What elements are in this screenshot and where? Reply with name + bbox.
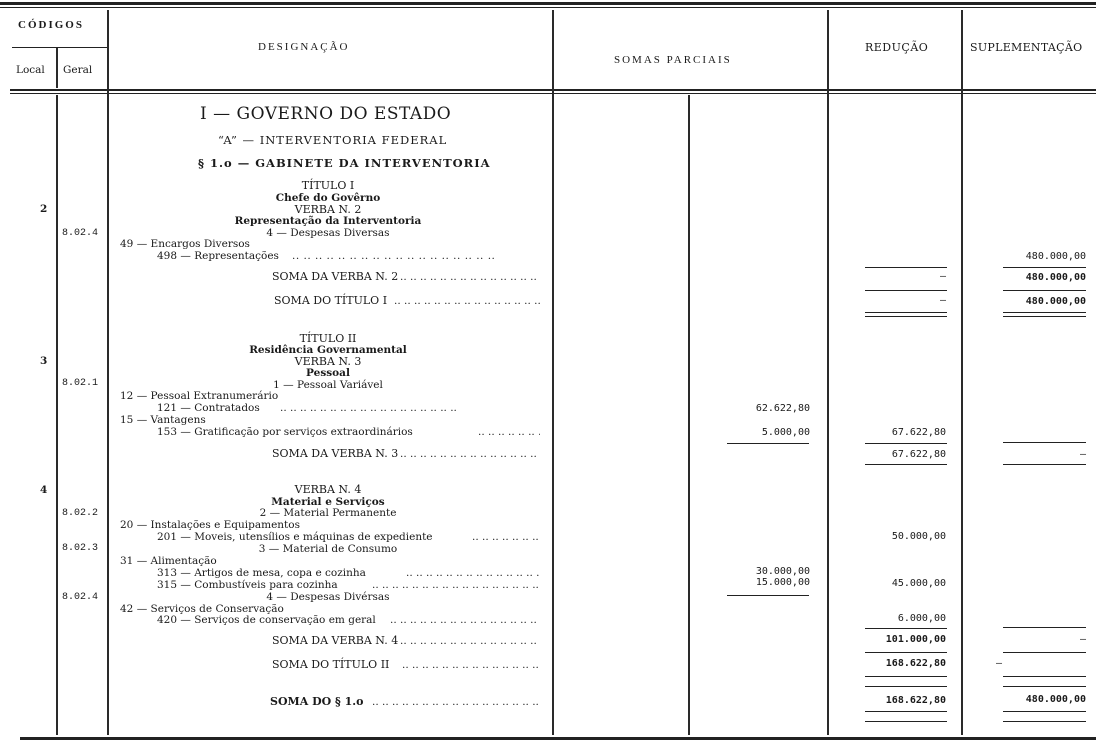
item-498-dots: .. .. .. .. .. .. .. .. .. .. .. .. .. .… (292, 250, 540, 262)
soma-titulo-1-label: SOMA DO TÍTULO I (274, 295, 387, 307)
verba4-geral-code-2: 8.02.3 (62, 543, 98, 555)
rule (727, 443, 809, 444)
header-local: Local (16, 64, 45, 76)
item-315-parcial: 15.000,00 (700, 577, 810, 589)
rule (1003, 290, 1086, 291)
rule (865, 316, 947, 317)
soma-paragrafo-label: SOMA DO § 1.o (270, 696, 363, 708)
col-divider-geral-designacao (107, 10, 109, 735)
item-315-reducao: 45.000,00 (840, 578, 946, 590)
soma-verba-3-reducao: 67.622,80 (840, 449, 946, 461)
titulo1-local-code: 2 (40, 203, 47, 215)
soma-verba-3-dots: .. .. .. .. .. .. .. .. .. .. .. .. .. .… (400, 448, 540, 460)
verba4-geral-code-3: 8.02.4 (62, 592, 98, 604)
verba4-local-code: 4 (40, 484, 47, 496)
header-reducao: REDUÇÃO (865, 42, 928, 54)
item-121-parcial: 62.622,80 (700, 403, 810, 415)
soma-titulo-1-suplementacao: 480.000,00 (970, 296, 1086, 308)
soma-paragrafo-dots: .. .. .. .. .. .. .. .. .. .. .. .. .. .… (372, 696, 540, 708)
rule (865, 652, 947, 653)
verba4-geral-code-1: 8.02.2 (62, 508, 98, 520)
rule (1003, 267, 1086, 268)
item-315-dots: .. .. .. .. .. .. .. .. .. .. .. .. .. .… (372, 579, 540, 591)
verba3-geral-code: 8.02.1 (62, 378, 98, 390)
header-codigos: CÓDIGOS (18, 19, 84, 31)
verba3-desc: Pessoal (228, 367, 428, 379)
soma-verba-2-suplementacao: 480.000,00 (970, 272, 1086, 284)
codigos-sub-rule (12, 47, 108, 48)
soma-titulo-1-dots: .. .. .. .. .. .. .. .. .. .. .. .. .. .… (394, 295, 540, 307)
titulo1-geral-code: 8.02.4 (62, 228, 98, 240)
soma-titulo-2-label: SOMA DO TÍTULO II (272, 659, 389, 671)
header-geral: Geral (63, 64, 92, 76)
item-31: 31 — Alimentação (120, 555, 217, 567)
rule (1003, 652, 1086, 653)
rule (865, 628, 947, 629)
soma-titulo-2-dots: .. .. .. .. .. .. .. .. .. .. .. .. .. .… (402, 659, 540, 671)
rule (1003, 316, 1086, 317)
col-divider-local-geral (56, 48, 58, 88)
titulo1-group: 4 — Despesas Diversas (218, 227, 438, 239)
verba4-title: VERBA N. 4 (228, 484, 428, 496)
item-121: 121 — Contratados (157, 402, 260, 414)
item-49: 49 — Encargos Diversos (120, 238, 250, 250)
rule (1003, 627, 1086, 628)
col-divider-reducao-suplementacao (961, 10, 963, 735)
col-divider-designacao-somas (552, 10, 554, 735)
titulo1-title: TÍTULO I (228, 180, 428, 192)
top-border-thin (0, 7, 1096, 8)
soma-titulo-1-reducao: — (850, 295, 946, 307)
item-121-dots: .. .. .. .. .. .. .. .. .. .. .. .. .. .… (280, 402, 540, 414)
item-498-suplementacao: 480.000,00 (970, 251, 1086, 263)
soma-titulo-2-suplementacao: — (996, 658, 1016, 670)
titulo1-verba-desc: Representação da Interventoria (188, 215, 468, 227)
rule (865, 443, 947, 444)
item-153-dots: .. .. .. .. .. .. .. .. .. .. .. .. .. .… (478, 426, 540, 438)
rule (865, 676, 947, 677)
soma-verba-3-suplementacao: — (970, 449, 1086, 461)
rule (1003, 686, 1086, 687)
rule (865, 711, 947, 712)
rule (865, 686, 947, 687)
rule (727, 595, 809, 596)
rule (865, 721, 947, 722)
item-153-parcial: 5.000,00 (700, 427, 810, 439)
rule (865, 267, 947, 268)
col-divider-somas-sub (688, 95, 690, 735)
item-420: 420 — Serviços de conservação em geral (157, 614, 376, 626)
col-divider-somas-reducao (827, 10, 829, 735)
rule (865, 290, 947, 291)
soma-verba-2-reducao: — (850, 271, 946, 283)
rule (1003, 464, 1086, 465)
soma-verba-4-suplementacao: — (970, 634, 1086, 646)
header-somas-parciais: SOMAS PARCIAIS (614, 54, 732, 66)
item-498: 498 — Representações (157, 250, 279, 262)
verba3-local-code: 3 (40, 355, 47, 367)
verba4-group-3: 3 — Material de Consumo (198, 543, 458, 555)
rule (1003, 442, 1086, 443)
bottom-border (20, 737, 1096, 740)
header-designacao: DESIGNAÇÃO (258, 41, 350, 53)
rule (865, 464, 947, 465)
heading-governo: I — GOVERNO DO ESTADO (200, 104, 451, 124)
soma-paragrafo-reducao: 168.622,80 (840, 695, 946, 707)
item-12: 12 — Pessoal Extranumerário (120, 390, 278, 402)
rule (1003, 312, 1086, 313)
budget-document-page: CÓDIGOS Local Geral DESIGNAÇÃO SOMAS PAR… (0, 0, 1096, 743)
verba4-group-2: 2 — Material Permanente (198, 507, 458, 519)
item-313-dots: .. .. .. .. .. .. .. .. .. .. .. .. .. .… (406, 567, 540, 579)
item-153: 153 — Gratificação por serviços extraord… (157, 426, 413, 438)
col-divider-local-geral-body (56, 95, 58, 735)
item-420-dots: .. .. .. .. .. .. .. .. .. .. .. .. .. .… (390, 614, 540, 626)
soma-verba-2-label: SOMA DA VERBA N. 2 (272, 271, 398, 283)
top-border (0, 2, 1096, 5)
soma-verba-2-dots: .. .. .. .. .. .. .. .. .. .. .. .. .. .… (400, 271, 540, 283)
soma-verba-4-dots: .. .. .. .. .. .. .. .. .. .. .. .. .. .… (400, 635, 540, 647)
item-420-reducao: 6.000,00 (840, 613, 946, 625)
item-153-reducao: 67.622,80 (840, 427, 946, 439)
item-15: 15 — Vantagens (120, 414, 206, 426)
header-suplementacao: SUPLEMENTAÇÃO (970, 42, 1082, 54)
item-20: 20 — Instalações e Equipamentos (120, 519, 300, 531)
item-201-reducao: 50.000,00 (840, 531, 946, 543)
item-201: 201 — Moveis, utensílios e máquinas de e… (157, 531, 433, 543)
soma-verba-4-reducao: 101.000,00 (840, 634, 946, 646)
item-201-dots: .. .. .. .. .. .. .. .. .. .. .. .. .. .… (472, 531, 540, 543)
heading-gabinete: § 1.o — GABINETE DA INTERVENTORIA (198, 157, 491, 169)
soma-titulo-2-reducao: 168.622,80 (840, 658, 946, 670)
rule (865, 312, 947, 313)
soma-verba-4-label: SOMA DA VERBA N. 4 (272, 635, 398, 647)
item-315: 315 — Combustíveis para cozinha (157, 579, 338, 591)
soma-paragrafo-suplementacao: 480.000,00 (970, 694, 1086, 706)
soma-verba-3-label: SOMA DA VERBA N. 3 (272, 448, 398, 460)
rule (1003, 721, 1086, 722)
item-313: 313 — Artigos de mesa, copa e cozinha (157, 567, 366, 579)
verba4-group-4: 4 — Despesas Divérsas (198, 591, 458, 603)
rule (1003, 711, 1086, 712)
rule (1003, 676, 1086, 677)
heading-interventoria: “A” — INTERVENTORIA FEDERAL (218, 134, 447, 146)
